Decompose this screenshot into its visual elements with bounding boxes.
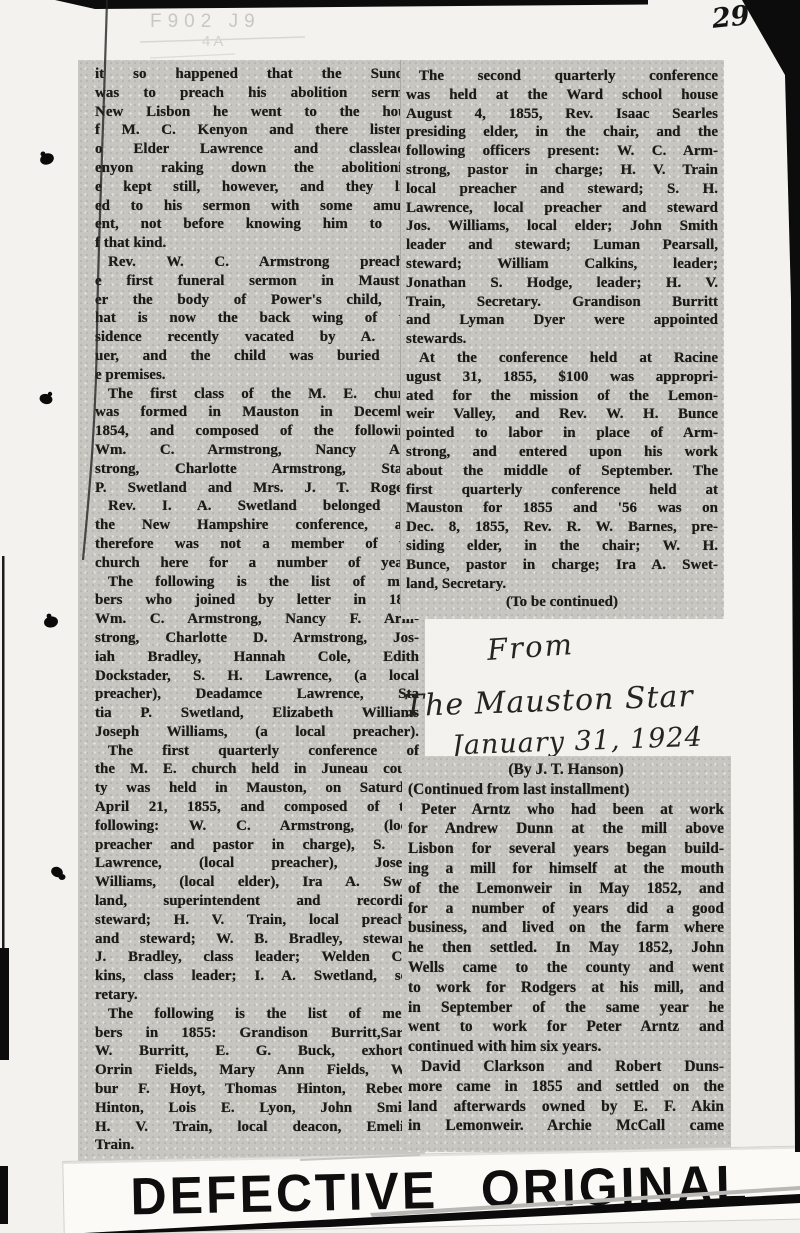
clipping-right-column-bottom: (By J. T. Hanson)(Continued from last in… <box>402 756 731 1152</box>
stamp-text: DEFECTIVE ORIGINAL <box>130 1153 750 1227</box>
text-line: (Continued from last installment) <box>408 780 724 800</box>
text-line: in Lemonweir. Archie McCall came <box>408 1116 724 1136</box>
text-line: Jos. Williams, local elder; John Smith <box>406 217 718 236</box>
text-line: The following is the list of mem <box>95 573 419 592</box>
text-line: Wm. C. Armstrong, Nancy Arm <box>95 441 419 460</box>
text-line: April 21, 1855, and composed of the <box>95 798 419 817</box>
text-line: and Lyman Dyer were appointed <box>406 311 718 330</box>
text-line: Train, Secretary. Grandison Burritt <box>406 293 718 312</box>
text-line: Mauston for 1855 and '56 was on <box>406 499 718 518</box>
text-line: steward; William Calkins, leader; <box>406 255 718 274</box>
text-line: bers who joined by letter in 1854 <box>95 591 419 610</box>
text-line: for Andrew Dunn at the mill above <box>408 819 724 839</box>
text-line: (By J. T. Hanson) <box>408 760 724 780</box>
text-line: ugust 31, 1855, $100 was appropri- <box>406 368 718 387</box>
text-line: e kept still, however, and they list- <box>95 178 419 197</box>
text-line: The following is the list of mem- <box>95 1005 419 1024</box>
text-line: siding elder, in the chair; W. H. <box>406 537 718 556</box>
text-line: The first quarterly conference of <box>95 742 419 761</box>
text-line: P. Swetland and Mrs. J. T. Rogers. <box>95 479 419 498</box>
text-line: was held at the Ward school house <box>406 86 718 105</box>
text-line: preacher), Deadamce Lawrence, Sta <box>95 685 419 704</box>
text-line: ated for the mission of the Lemon- <box>406 387 718 406</box>
text-line: Bunce, pastor in charge; Ira A. Swet- <box>406 556 718 575</box>
pencil-archive-note: F902 J9 4A <box>150 12 261 52</box>
text-line: ed to his sermon with some amuse- <box>95 197 419 216</box>
left-edge-line-mark <box>2 556 5 952</box>
text-line: W. Burritt, E. G. Buck, exhorter, <box>95 1042 419 1061</box>
text-line: H. V. Train, local deacon, Emeline <box>95 1118 419 1137</box>
text-line: retary. <box>95 986 419 1005</box>
text-line: Wm. C. Armstrong, Nancy F. Arm- <box>95 610 419 629</box>
text-line: uer, and the child was buried on <box>95 347 419 366</box>
handwritten-source-line: From <box>486 627 575 667</box>
text-line: land, Secretary. <box>406 575 718 594</box>
text-line: ty was held in Mauston, on Saturday <box>95 779 419 798</box>
text-line: bers in 1855: Grandison Burritt,Sarah <box>95 1024 419 1043</box>
text-line: church here for a number of years. <box>95 554 419 573</box>
text-line: J. Bradley, class leader; Welden Cal- <box>95 948 419 967</box>
text-line: the New Hampshire conference, and <box>95 516 419 535</box>
text-line: f M. C. Kenyon and there listened <box>95 121 419 140</box>
text-line: presiding elder, in the chair, and the <box>406 123 718 142</box>
text-line: leader and steward; Luman Pearsall, <box>406 236 718 255</box>
handwritten-source-line: The Mauston Star <box>403 679 694 724</box>
text-line: about the middle of September. The <box>406 462 718 481</box>
text-line: more came in 1855 and settled on the <box>408 1077 724 1097</box>
pencil-frame-line <box>150 54 235 58</box>
text-line: The second quarterly conference <box>406 67 718 86</box>
text-line: Jonathan S. Hodge, leader; H. V. <box>406 274 718 293</box>
text-line: enyon raking down the abolitionists <box>95 159 419 178</box>
text-line: strong, Charlotte D. Armstrong, Jos- <box>95 629 419 648</box>
text-line: the M. E. church held in Juneau coun- <box>95 760 419 779</box>
text-line: ing a mill for himself at the mouth <box>408 859 724 879</box>
text-line: (To be continued) <box>406 593 718 612</box>
text-line: David Clarkson and Robert Duns- <box>408 1057 724 1077</box>
ink-blob-mark <box>39 151 56 166</box>
text-line: hat is now the back wing of the <box>95 309 419 328</box>
text-line: stewards. <box>406 330 718 349</box>
text-line: preacher and pastor in charge), S. H. <box>95 836 419 855</box>
text-line: er the body of Power's child, in <box>95 291 419 310</box>
text-line: local preacher and steward; S. H. <box>406 180 718 199</box>
handwritten-page-number: 29 <box>710 0 751 35</box>
scanned-newspaper-page: F902 J9 4A 29 it so happened that the Su… <box>0 0 800 1233</box>
torn-corner-mark <box>742 0 800 1152</box>
text-line: weir Valley, and Rev. W. H. Bunce <box>406 405 718 424</box>
text-line: land, superintendent and recording <box>95 892 419 911</box>
text-line: e first funeral sermon in Mauston, <box>95 272 419 291</box>
pencil-note-line: F902 J9 <box>150 12 261 32</box>
text-line: f that kind. <box>95 234 419 253</box>
text-line: strong, pastor in charge; H. V. Train <box>406 161 718 180</box>
text-line: Peter Arntz who had been at work <box>408 800 724 820</box>
text-line: At the conference held at Racine <box>406 349 718 368</box>
text-line: went to work for Peter Arntz and <box>408 1017 724 1037</box>
text-line: Hinton, Lois E. Lyon, John Smith, <box>95 1099 419 1118</box>
text-line: of the Lemonweir in May 1852, and <box>408 879 724 899</box>
text-line: New Lisbon he went to the house <box>95 103 419 122</box>
text-line: was to preach his abolition sermon <box>95 84 419 103</box>
text-line: Train. <box>95 1136 419 1155</box>
text-line: iah Bradley, Hannah Cole, Edith <box>95 648 419 667</box>
text-line: tia P. Swetland, Elizabeth Williams <box>95 704 419 723</box>
clipping-left-column: it so happened that the Sundaywas to pre… <box>78 60 425 1163</box>
defective-original-stamp: DEFECTIVE ORIGINAL <box>63 1146 800 1233</box>
text-line: Rev. I. A. Swetland belonged to <box>95 497 419 516</box>
text-line: Wells came to the county and went <box>408 958 724 978</box>
text-line: therefore was not a member of the <box>95 535 419 554</box>
text-line: to work for Rodgers at his mill, and <box>408 978 724 998</box>
ink-blob-mark <box>38 392 53 406</box>
text-line: 1854, and composed of the following: <box>95 422 419 441</box>
text-line: first quarterly conference held at <box>406 481 718 500</box>
text-line: Williams, (local elder), Ira A. Swet- <box>95 873 419 892</box>
text-line: following: W. C. Armstrong, (local <box>95 817 419 836</box>
text-line: Orrin Fields, Mary Ann Fields, Wil- <box>95 1061 419 1080</box>
left-edge-bar-mark <box>0 948 9 1060</box>
text-line: and steward; W. B. Bradley, steward; <box>95 930 419 949</box>
text-line: strong, and entered upon his work <box>406 443 718 462</box>
text-line: land afterwards owned by E. F. Akin <box>408 1097 724 1117</box>
text-line: The first class of the M. E. church <box>95 385 419 404</box>
text-line: business, and lived on the farm where <box>408 918 724 938</box>
ink-blob-mark <box>49 865 65 880</box>
text-line: pointed to labor in place of Arm- <box>406 424 718 443</box>
text-line: it so happened that the Sunday <box>95 65 419 84</box>
text-line: in September of the same year he <box>408 998 724 1018</box>
text-line: following officers present: W. C. Arm- <box>406 142 718 161</box>
text-line: kins, class leader; I. A. Swetland, sec- <box>95 967 419 986</box>
text-line: Lawrence, local preacher and steward <box>406 199 718 218</box>
text-line: Lisbon for several years began build- <box>408 839 724 859</box>
text-line: strong, Charlotte Armstrong, Statia <box>95 460 419 479</box>
text-line: Dockstader, S. H. Lawrence, (a local <box>95 667 419 686</box>
text-line: August 4, 1855, Rev. Isaac Searles <box>406 105 718 124</box>
text-line: bur F. Hoyt, Thomas Hinton, Rebecca <box>95 1080 419 1099</box>
text-line: continued with him six years. <box>408 1037 724 1057</box>
text-line: steward; H. V. Train, local preacher <box>95 911 419 930</box>
text-line: was formed in Mauston in December <box>95 403 419 422</box>
clipping-right-column-top: The second quarterly conferencewas held … <box>401 60 724 619</box>
text-line: o Elder Lawrence and classleader <box>95 140 419 159</box>
text-line: he then settled. In May 1852, John <box>408 938 724 958</box>
text-line: ent, not before knowing him to be <box>95 215 419 234</box>
text-line: for a number of years did a good <box>408 899 724 919</box>
text-line: e premises. <box>95 366 419 385</box>
text-line: Joseph Williams, (a local preacher). <box>95 723 419 742</box>
top-edge-mark <box>55 0 648 9</box>
pencil-note-line: 4A <box>202 32 261 52</box>
text-line: Lawrence, (local preacher), Joseph <box>95 854 419 873</box>
text-line: Rev. W. C. Armstrong preached <box>95 253 419 272</box>
left-edge-bar-mark <box>0 1166 8 1224</box>
text-line: sidence recently vacated by A. M. <box>95 328 419 347</box>
ink-blob-mark <box>43 614 59 629</box>
text-line: Dec. 8, 1855, Rev. R. W. Barnes, pre- <box>406 518 718 537</box>
column-divider <box>400 60 401 612</box>
